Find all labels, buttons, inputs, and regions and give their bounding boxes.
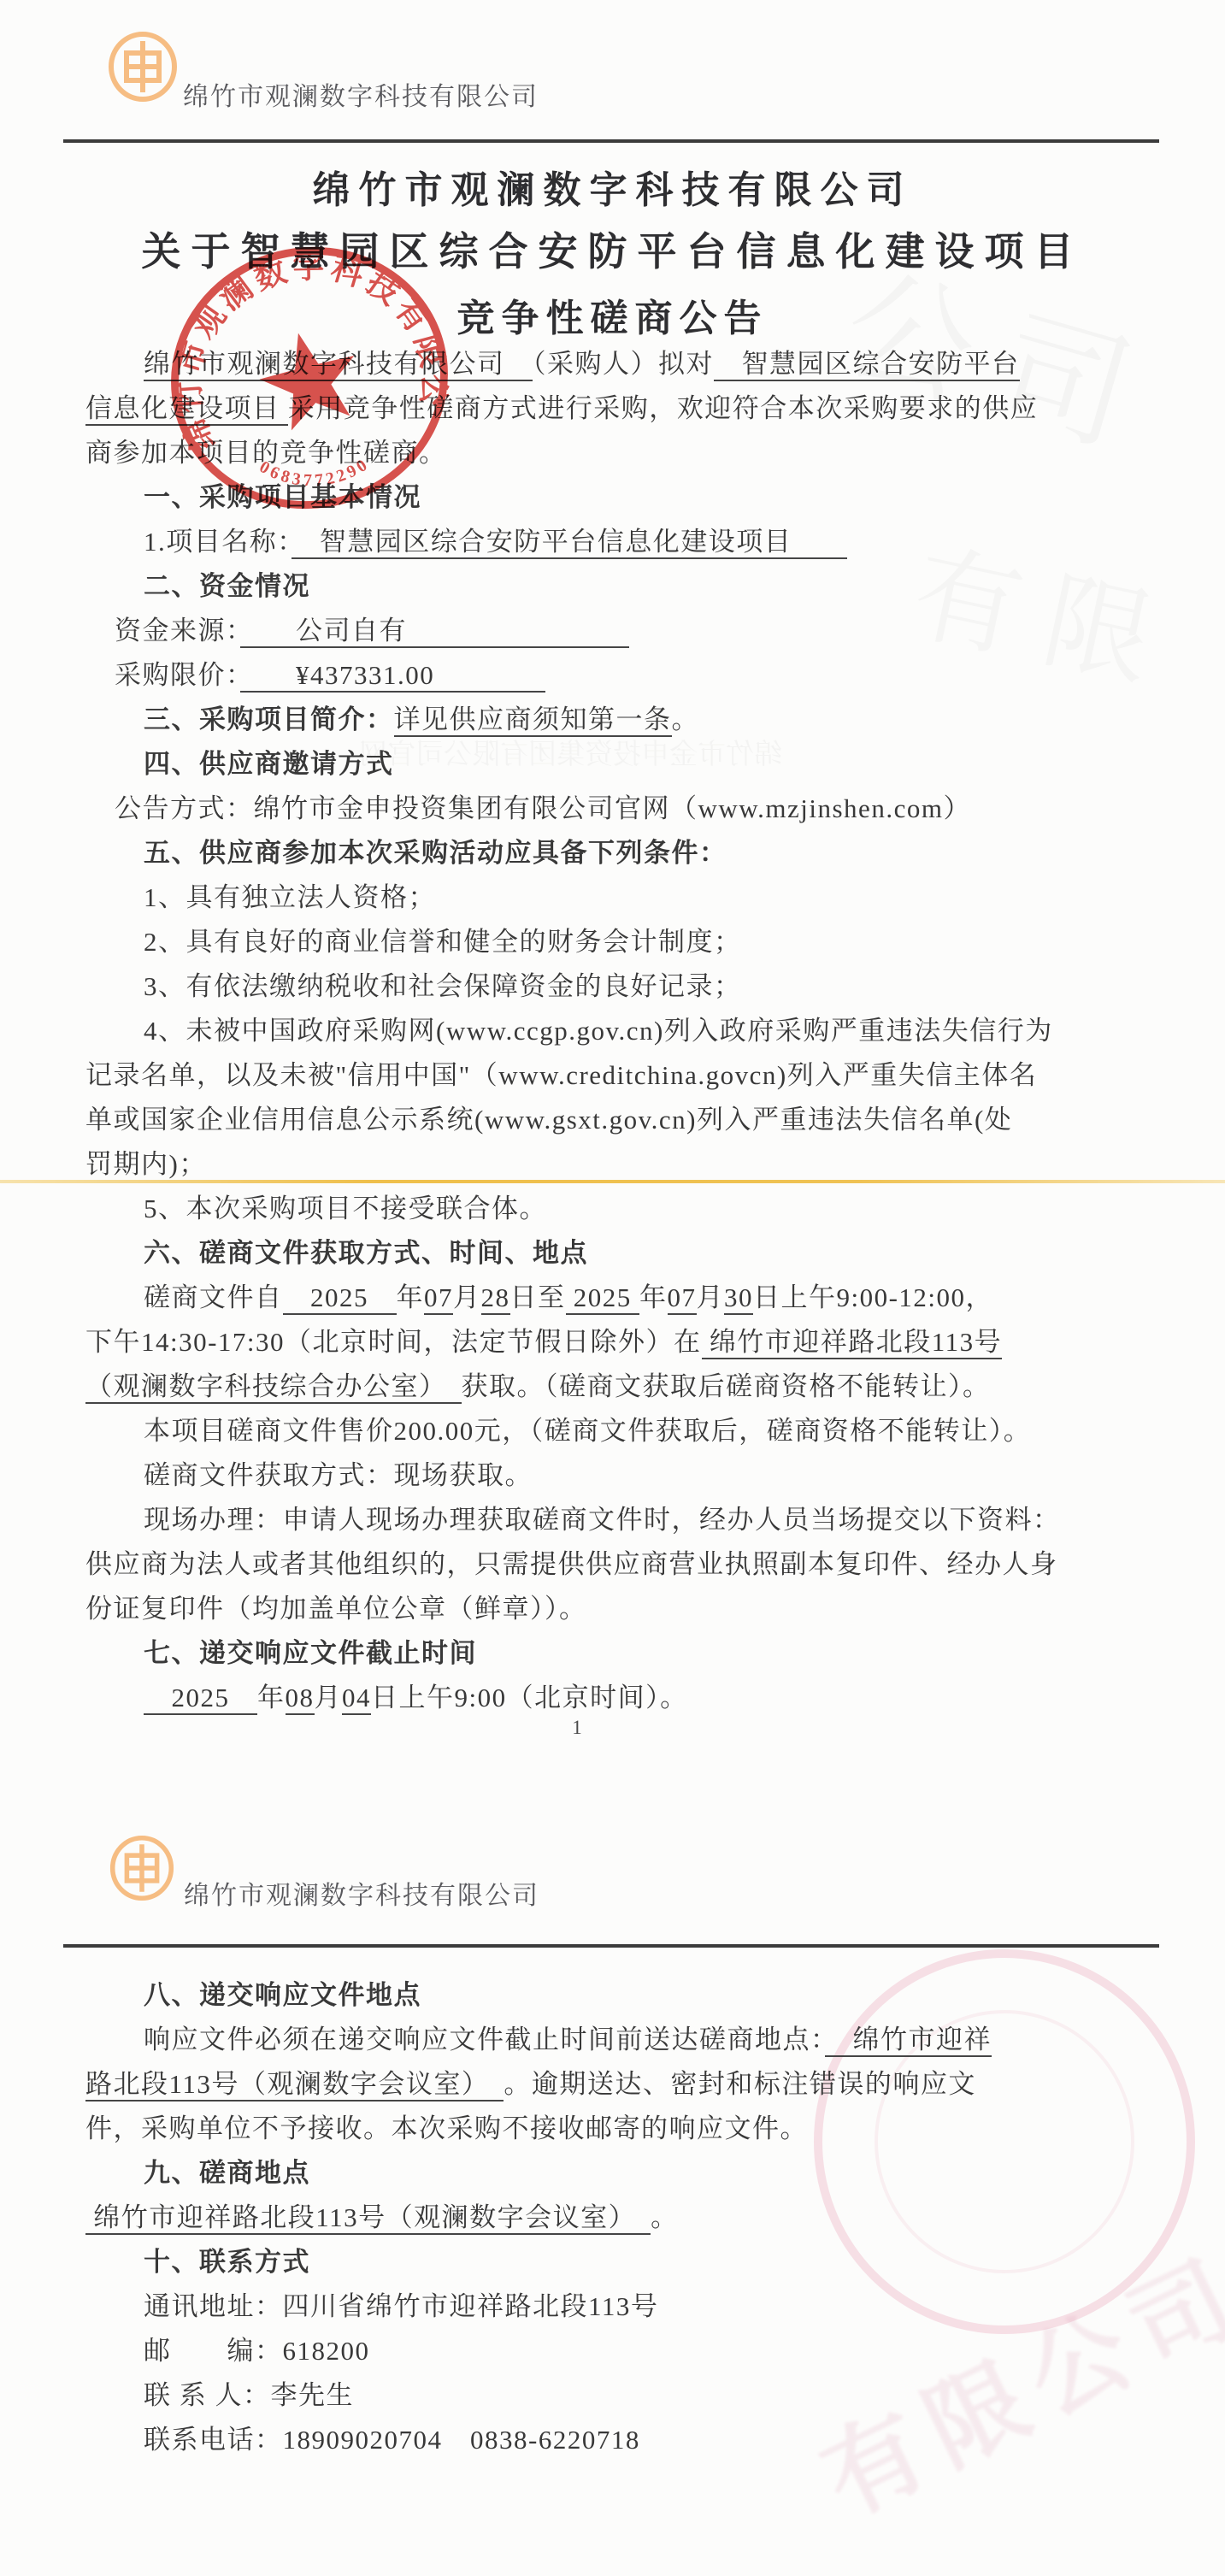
document-line: 份证复印件（均加盖单位公章（鲜章））。 — [85, 1587, 1171, 1631]
document-line: 邮 编：618200 — [85, 2329, 1171, 2373]
document-line: 八、递交响应文件地点 — [85, 1973, 1171, 2018]
text-run: （采购人）拟对 — [533, 349, 714, 379]
text-run: 通讯地址：四川省绵竹市迎祥路北段113号 — [144, 2291, 658, 2321]
text-run: 2、具有良好的商业信誉和健全的财务会计制度； — [144, 927, 742, 957]
document-line: 磋商文件自 2025 年07月28日至 2025 年07月30日上午9:00-1… — [85, 1276, 1171, 1320]
text-run: 资金来源： — [115, 616, 240, 645]
text-run: 月 — [453, 1282, 481, 1312]
document-line: 响应文件必须在递交响应文件截止时间前送达磋商地点： 绵竹市迎祥 — [85, 2018, 1171, 2062]
document-line: 六、磋商文件获取方式、时间、地点 — [85, 1231, 1171, 1276]
text-run: 绵竹市迎祥路北段113号 — [702, 1327, 1003, 1359]
text-run: 1.项目名称： — [144, 527, 292, 557]
document-line: 十、联系方式 — [85, 2240, 1171, 2284]
text-run: 邮 编：618200 — [144, 2336, 370, 2366]
document-line: 九、磋商地点 — [85, 2151, 1171, 2196]
company-logo — [109, 1835, 174, 1901]
text-run: 年 — [397, 1282, 425, 1312]
text-run: 日上午9:00-12:00， — [753, 1282, 993, 1312]
text-run: 07 — [668, 1282, 697, 1315]
document-line: 四、供应商邀请方式 — [85, 742, 1171, 787]
seal-star-icon — [251, 321, 368, 435]
text-run: 三、采购项目简介： — [144, 704, 394, 734]
text-run: 十、联系方式 — [144, 2247, 310, 2277]
text-run: 五、供应商参加本次采购活动应具备下列条件： — [144, 838, 727, 868]
document-title-company: 绵竹市观澜数字科技有限公司 — [0, 159, 1225, 214]
document-line: 采购限价： ¥437331.00 — [85, 653, 1171, 698]
document-line: 二、资金情况 — [85, 564, 1171, 609]
document-line: 通讯地址：四川省绵竹市迎祥路北段113号 — [85, 2284, 1171, 2329]
document-line: 1.项目名称： 智慧园区综合安防平台信息化建设项目 — [85, 520, 1171, 564]
text-run: 。 — [651, 2202, 679, 2232]
text-run: 磋商文件自 — [144, 1282, 283, 1312]
text-run: 路北段113号（观澜数字会议室） — [85, 2069, 504, 2101]
document-line: 4、未被中国政府采购网(www.ccgp.gov.cn)列入政府采购严重违法失信… — [85, 1009, 1171, 1053]
document-line: 记录名单，以及未被"信用中国"（www.creditchina.govcn)列入… — [85, 1053, 1171, 1098]
text-run: 智慧园区综合安防平台信息化建设项目 — [292, 527, 847, 559]
document-line: 磋商文件获取方式：现场获取。 — [85, 1453, 1171, 1498]
document-line: 三、采购项目简介：详见供应商须知第一条。 — [85, 698, 1171, 742]
text-run: 六、磋商文件获取方式、时间、地点 — [144, 1238, 588, 1268]
text-run: 08 — [286, 1683, 315, 1715]
document-line: 现场办理：申请人现场办理获取磋商文件时，经办人员当场提交以下资料： — [85, 1498, 1171, 1542]
text-run: 九、磋商地点 — [144, 2158, 310, 2188]
document-line: 件，采购单位不予接收。本次采购不接收邮寄的响应文件。 — [85, 2107, 1171, 2151]
text-run: 5、本次采购项目不接受联合体。 — [144, 1194, 547, 1223]
document-line: 2025 年08月04日上午9:00（北京时间）。 — [85, 1676, 1171, 1720]
text-run: 罚期内)； — [85, 1149, 207, 1179]
text-run: 本项目磋商文件售价200.00元，（磋商文件获取后，磋商资格不能转让）。 — [144, 1416, 1031, 1446]
scan-artifact-line — [0, 1180, 1225, 1183]
company-seal-stamp: 绵竹市观澜数字科技有限公司 0683772290 — [162, 241, 456, 515]
document-line: 2、具有良好的商业信誉和健全的财务会计制度； — [85, 920, 1171, 964]
header-divider — [63, 139, 1159, 143]
document-line: 1、具有独立法人资格； — [85, 875, 1171, 920]
text-run: 八、递交响应文件地点 — [144, 1980, 421, 2010]
text-run: 3、有依法缴纳税收和社会保障资金的良好记录； — [144, 971, 742, 1001]
document-line: 本项目磋商文件售价200.00元，（磋商文件获取后，磋商资格不能转让）。 — [85, 1409, 1171, 1453]
text-run: 采购限价： — [115, 660, 240, 690]
text-run: 月 — [697, 1282, 725, 1312]
text-run: 联系电话：18909020704 0838-6220718 — [144, 2425, 640, 2455]
document-line: 3、有依法缴纳税收和社会保障资金的良好记录； — [85, 964, 1171, 1009]
page-number: 1 — [539, 1717, 615, 1739]
company-logo — [108, 31, 178, 103]
text-run: 智慧园区综合安防平台 — [714, 349, 1020, 381]
document-line: 单或国家企业信用信息公示系统(www.gsxt.gov.cn)列入严重违法失信名… — [85, 1098, 1171, 1142]
text-run: 七、递交响应文件截止时间 — [144, 1638, 477, 1668]
text-run: 。 — [672, 704, 700, 734]
header-company-name: 绵竹市观澜数字科技有限公司 — [183, 75, 539, 113]
text-run: 绵竹市迎祥路北段113号（观澜数字会议室） — [85, 2202, 651, 2235]
text-run: 绵竹市迎祥 — [825, 2025, 992, 2057]
text-run: 详见供应商须知第一条 — [394, 704, 672, 737]
document-line: 下午14:30-17:30（北京时间，法定节假日除外）在 绵竹市迎祥路北段113… — [85, 1320, 1171, 1365]
text-run: 04 — [342, 1683, 371, 1715]
text-run: 月 — [315, 1683, 343, 1712]
page2-body: 八、递交响应文件地点响应文件必须在递交响应文件截止时间前送达磋商地点： 绵竹市迎… — [85, 1973, 1171, 2462]
text-run: 30 — [724, 1282, 753, 1315]
text-run: 日上午9:00（北京时间）。 — [371, 1683, 688, 1712]
text-run: ¥437331.00 — [240, 660, 545, 693]
document-line: 绵竹市迎祥路北段113号（观澜数字会议室） 。 — [85, 2196, 1171, 2240]
text-run: 现场办理：申请人现场办理获取磋商文件时，经办人员当场提交以下资料： — [144, 1505, 1061, 1535]
text-run: 联 系 人：李先生 — [144, 2380, 354, 2410]
page1-body: 绵竹市观澜数字科技有限公司 （采购人）拟对 智慧园区综合安防平台信息化建设项目 … — [85, 342, 1171, 1720]
text-run: 2025 — [283, 1282, 397, 1315]
document-line: 资金来源： 公司自有 — [85, 609, 1171, 653]
text-run: 份证复印件（均加盖单位公章（鲜章））。 — [85, 1594, 587, 1624]
text-run: 公告方式：绵竹市金申投资集团有限公司官网（www.mzjinshen.com） — [115, 793, 971, 823]
document-line: 联系电话：18909020704 0838-6220718 — [85, 2418, 1171, 2462]
text-run: 公司自有 — [240, 616, 629, 648]
text-run: （观澜数字科技综合办公室） — [85, 1371, 462, 1404]
text-run: 28 — [481, 1282, 510, 1315]
text-run: 记录名单，以及未被"信用中国"（www.creditchina.govcn)列入… — [85, 1060, 1037, 1090]
document-line: 五、供应商参加本次采购活动应具备下列条件： — [85, 831, 1171, 875]
document-line: 联 系 人：李先生 — [85, 2373, 1171, 2418]
text-run: 年 — [257, 1683, 286, 1712]
text-run: 2025 — [144, 1683, 257, 1715]
text-run: 响应文件必须在递交响应文件截止时间前送达磋商地点： — [144, 2025, 825, 2054]
text-run: 2025 — [566, 1282, 640, 1315]
text-run: 年 — [639, 1282, 668, 1312]
text-run: 供应商为法人或者其他组织的，只需提供供应商营业执照副本复印件、经办人身 — [85, 1549, 1058, 1579]
text-run: 磋商文件获取方式：现场获取。 — [144, 1460, 533, 1490]
text-run: 四、供应商邀请方式 — [144, 749, 394, 779]
text-run: 07 — [424, 1282, 453, 1315]
text-run: 单或国家企业信用信息公示系统(www.gsxt.gov.cn)列入严重违法失信名… — [85, 1105, 1012, 1135]
scanned-document: 绵竹市观澜数字科技有限公司 绵竹市观澜数字科技有限公司 关于智慧园区综合安防平台… — [0, 0, 1225, 2576]
text-run: 下午14:30-17:30（北京时间，法定节假日除外）在 — [85, 1327, 702, 1357]
document-line: 路北段113号（观澜数字会议室） 。逾期送达、密封和标注错误的响应文 — [85, 2062, 1171, 2107]
text-run: 。逾期送达、密封和标注错误的响应文 — [504, 2069, 976, 2099]
text-run: 1、具有独立法人资格； — [144, 882, 436, 912]
text-run: 获取。（磋商文获取后磋商资格不能转让）。 — [462, 1371, 991, 1401]
text-run: 件，采购单位不予接收。本次采购不接收邮寄的响应文件。 — [85, 2113, 808, 2143]
text-run: 日至 — [510, 1282, 566, 1312]
document-line: 七、递交响应文件截止时间 — [85, 1631, 1171, 1676]
text-run: 4、未被中国政府采购网(www.ccgp.gov.cn)列入政府采购严重违法失信… — [144, 1016, 1053, 1046]
header-company-name: 绵竹市观澜数字科技有限公司 — [184, 1874, 539, 1912]
document-line: （观澜数字科技综合办公室） 获取。（磋商文获取后磋商资格不能转让）。 — [85, 1365, 1171, 1409]
document-line: 供应商为法人或者其他组织的，只需提供供应商营业执照副本复印件、经办人身 — [85, 1542, 1171, 1587]
document-line: 5、本次采购项目不接受联合体。 — [85, 1187, 1171, 1231]
document-line: 公告方式：绵竹市金申投资集团有限公司官网（www.mzjinshen.com） — [85, 787, 1171, 831]
text-run: 二、资金情况 — [144, 571, 310, 601]
